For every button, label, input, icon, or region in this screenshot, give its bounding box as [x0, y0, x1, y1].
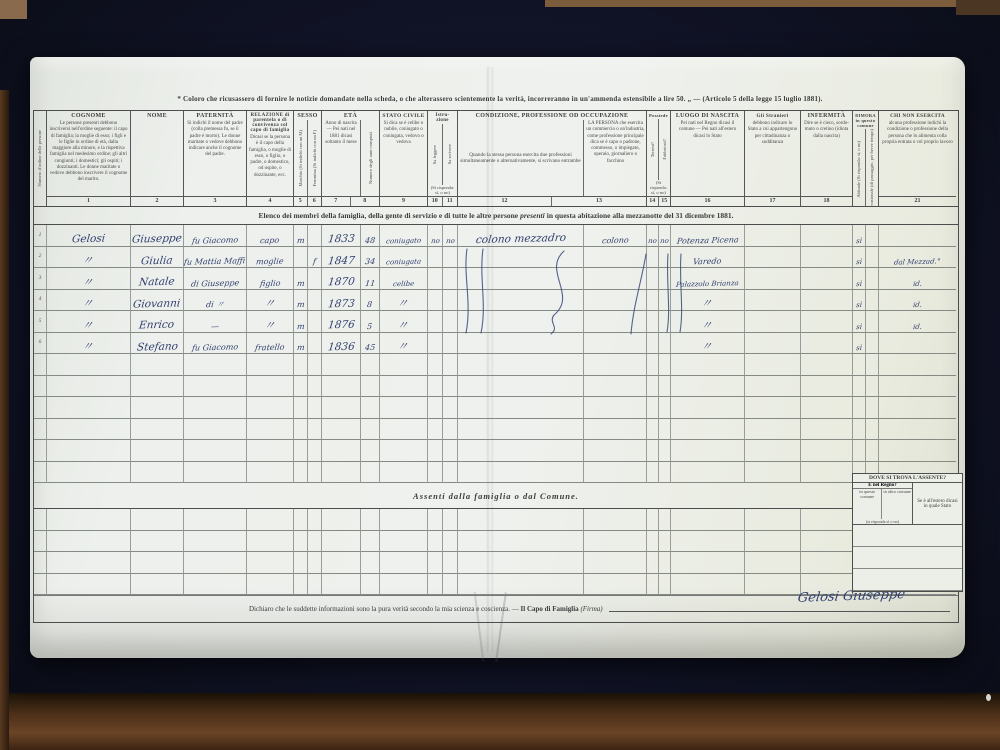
cell: [879, 397, 956, 419]
cell-sesso-f: f: [308, 247, 322, 269]
cell: [584, 376, 647, 398]
cell: [131, 440, 184, 462]
cell: [184, 440, 247, 462]
cell: [801, 462, 853, 484]
cell-leggere: [428, 247, 443, 269]
col-stranieri-header: Gli Stranieri debbono indicare lo Stato …: [745, 111, 801, 206]
cell: [131, 354, 184, 376]
cell: [853, 354, 866, 376]
cell: [745, 397, 801, 419]
cell-sesso-f: [308, 268, 322, 290]
col-eta-header: ETÀ Anno di nascita — Pei nati nel 1881 …: [322, 111, 380, 206]
table-row: 1 Gelosi Giuseppe fu Giacomo capo m 1833…: [34, 225, 958, 247]
cell: [659, 397, 671, 419]
census-table: Numero d'ordine delle persone COGNOME Le…: [33, 110, 959, 623]
cell-abituale: sì: [853, 290, 866, 312]
cell-stranieri: [745, 268, 801, 290]
cell: [428, 509, 443, 531]
cell: [34, 552, 47, 574]
cell-condizione: [458, 311, 584, 333]
table-row: 2 〃 Giulia fu Mattia Maffi moglie f 1847…: [34, 247, 958, 269]
cell-occasionale: [866, 225, 879, 247]
census-sheet: * Coloro che ricusassero di fornire le n…: [30, 57, 965, 658]
cell: [801, 354, 853, 376]
cell-anni: 11: [361, 268, 380, 290]
cell: [853, 397, 866, 419]
cell: [443, 552, 458, 574]
cell-luogo: Palazzolo Brianza: [671, 268, 745, 290]
cell: [47, 531, 131, 553]
empty-table-row: [34, 531, 958, 553]
cell-anni: 48: [361, 225, 380, 247]
cell: [745, 531, 801, 553]
cell-leggere: [428, 333, 443, 355]
cell-occasionale: [866, 311, 879, 333]
col-cognome-header: COGNOME Le persone presenti debbono insc…: [47, 111, 131, 206]
cell: [47, 354, 131, 376]
cell-fabbricati: [659, 247, 671, 269]
cell: [671, 419, 745, 441]
cell-relazione: 〃: [247, 311, 294, 333]
cell: [659, 354, 671, 376]
cell: [853, 440, 866, 462]
cell: [380, 531, 428, 553]
cell: [659, 419, 671, 441]
cell: [659, 376, 671, 398]
cell-sesso-m: m: [294, 311, 308, 333]
cell: [659, 552, 671, 574]
cell: [428, 574, 443, 596]
cell: [34, 531, 47, 553]
col-nome-header: NOME 2: [131, 111, 184, 206]
cell: [294, 397, 308, 419]
cell: [47, 509, 131, 531]
cell-cognome: Gelosi: [47, 225, 131, 247]
cell: [247, 574, 294, 596]
cell: [801, 440, 853, 462]
cell: [801, 509, 853, 531]
cell: [308, 531, 322, 553]
cell-terreni: [647, 290, 659, 312]
table-row: 3 〃 Natale di Giuseppe figlio m 1870 11 …: [34, 268, 958, 290]
cell: [659, 462, 671, 484]
cell-stranieri: [745, 333, 801, 355]
cell: [131, 462, 184, 484]
cell-nome: Stefano: [131, 333, 184, 355]
cell-occasionale: [866, 247, 879, 269]
cell: [34, 397, 47, 419]
cell: [322, 440, 361, 462]
sesso-f-label: Femmina (Si indichi con un F): [312, 130, 317, 187]
cell-paternita: di Giuseppe: [184, 268, 247, 290]
empty-rows: [34, 354, 958, 483]
cell-anno: 1870: [322, 268, 361, 290]
cell: [47, 552, 131, 574]
cell-occasionale: [866, 290, 879, 312]
wood-table-edge: [0, 693, 1000, 750]
cell: [294, 354, 308, 376]
cell: [361, 509, 380, 531]
cell: [647, 462, 659, 484]
cell: [671, 552, 745, 574]
cell: [745, 552, 801, 574]
empty-table-row: [34, 552, 958, 574]
cell: [247, 376, 294, 398]
cell: [879, 354, 956, 376]
cell: [308, 462, 322, 484]
cell-relazione: moglie: [247, 247, 294, 269]
cell-persona: [584, 290, 647, 312]
cell: [361, 440, 380, 462]
cell: [671, 354, 745, 376]
cell: [745, 419, 801, 441]
cell: [647, 419, 659, 441]
cell: [443, 376, 458, 398]
cell: [443, 574, 458, 596]
dimora-occasionale-label: Occasionale (di passaggio, per breve tem…: [869, 129, 874, 206]
shelf-edge-top: [545, 0, 1000, 7]
cell: [866, 440, 879, 462]
cell-paternita: fu Mattia Maffi: [184, 247, 247, 269]
cell: [308, 552, 322, 574]
altro-comune-label: in altro comune: [882, 489, 911, 519]
cell: [294, 419, 308, 441]
cell: [47, 440, 131, 462]
cell-numero: 3: [34, 268, 47, 290]
cell: [322, 552, 361, 574]
col-condizione-header: CONDIZIONE, PROFESSIONE OD OCCUPAZIONE Q…: [458, 111, 647, 206]
cell: [380, 462, 428, 484]
cell-fabbricati: no: [659, 225, 671, 247]
empty-table-row: [34, 419, 958, 441]
cell-scrivere: [443, 311, 458, 333]
cell: [361, 462, 380, 484]
cell: [584, 440, 647, 462]
cell: [380, 397, 428, 419]
cell: [131, 376, 184, 398]
cell-paternita: fu Giacomo: [184, 225, 247, 247]
shelf-corner-right: [956, 0, 1000, 15]
estero-label: Se è all'estero dicasi in quale Stato: [913, 483, 962, 524]
cell-relazione: fratello: [247, 333, 294, 355]
cell-abituale: sì: [853, 268, 866, 290]
absent-empty-row: [853, 525, 962, 547]
cell: [322, 354, 361, 376]
cell: [184, 574, 247, 596]
cell: [184, 509, 247, 531]
col-chi-non-esercita-header: CHI NON ESERCITA alcuna professione indi…: [879, 111, 956, 206]
cell: [584, 509, 647, 531]
fabbricati-label: Fabbricati?: [662, 139, 667, 160]
col-istruzione-header: Istru- zione Sa leggere Sa scrivere (Si …: [428, 111, 458, 206]
cell: [184, 397, 247, 419]
cell: [428, 531, 443, 553]
cell: [247, 552, 294, 574]
cell-abituale: sì: [853, 225, 866, 247]
cell-stato: 〃: [380, 290, 428, 312]
cell: [184, 531, 247, 553]
cell: [322, 397, 361, 419]
cell: [584, 354, 647, 376]
cell: [184, 462, 247, 484]
cell: [458, 531, 584, 553]
cell-leggere: no: [428, 225, 443, 247]
cell-terreni: [647, 333, 659, 355]
cell-persona: [584, 311, 647, 333]
cell-stato: 〃: [380, 311, 428, 333]
cell: [34, 574, 47, 596]
cell: [443, 397, 458, 419]
cell: [866, 376, 879, 398]
cell: [584, 574, 647, 596]
cell: [361, 376, 380, 398]
cell: [647, 440, 659, 462]
col-dimora-header: DIMORA in questo comune Abituale (Si ris…: [853, 111, 879, 206]
cell-cognome: 〃: [47, 290, 131, 312]
cell: [308, 419, 322, 441]
cell-terreni: no: [647, 225, 659, 247]
cell: [308, 440, 322, 462]
cell: [131, 552, 184, 574]
cell-leggere: [428, 268, 443, 290]
cell: [308, 354, 322, 376]
cell: [866, 419, 879, 441]
cell: [647, 531, 659, 553]
cell-persona: [584, 333, 647, 355]
cell: [458, 397, 584, 419]
empty-table-row: [34, 440, 958, 462]
cell-anno: 1836: [322, 333, 361, 355]
cell-luogo: 〃: [671, 311, 745, 333]
cell-stranieri: [745, 311, 801, 333]
cell: [745, 354, 801, 376]
cell: [647, 376, 659, 398]
cell: [443, 509, 458, 531]
cell: [47, 419, 131, 441]
cell-anni: 8: [361, 290, 380, 312]
cell-cognome: 〃: [47, 247, 131, 269]
col-luogo-nascita-header: LUOGO DI NASCITA Pei nati nel Regno dica…: [671, 111, 745, 206]
cell-luogo: 〃: [671, 290, 745, 312]
cell-nome: Giulia: [131, 247, 184, 269]
cell: [853, 419, 866, 441]
cell: [659, 531, 671, 553]
cell: [647, 509, 659, 531]
cell: [879, 440, 956, 462]
cell: [659, 440, 671, 462]
cell-sesso-m: m: [294, 268, 308, 290]
cell-condizione: [458, 333, 584, 355]
empty-table-row: [34, 397, 958, 419]
cell-chi: [879, 225, 956, 247]
absent-empty-row: [853, 547, 962, 569]
cell: [879, 419, 956, 441]
cell: [584, 397, 647, 419]
eta-anni-label: Numero degli anni compiuti: [368, 132, 373, 184]
cell: [428, 354, 443, 376]
cell-scrivere: [443, 333, 458, 355]
cell-luogo: 〃: [671, 333, 745, 355]
cell: [361, 552, 380, 574]
cell-condizione: [458, 290, 584, 312]
cell: [34, 419, 47, 441]
col-possiede-header: Possiede Terreni? Fabbricati? (Si rispon…: [647, 111, 671, 206]
sa-scrivere-label: Sa scrivere: [447, 144, 452, 164]
cell: [745, 462, 801, 484]
cell: [247, 354, 294, 376]
cell: [294, 552, 308, 574]
cell-sesso-m: m: [294, 225, 308, 247]
cell: [458, 376, 584, 398]
cell: [322, 376, 361, 398]
cell: [308, 509, 322, 531]
cell: [294, 531, 308, 553]
cell: [294, 376, 308, 398]
cell: [866, 354, 879, 376]
cell: [34, 509, 47, 531]
cell-stato: 〃: [380, 333, 428, 355]
wood-table-left-edge: [0, 90, 9, 750]
cell-leggere: [428, 290, 443, 312]
cell-sesso-m: m: [294, 290, 308, 312]
cell-numero: 5: [34, 311, 47, 333]
cell: [361, 574, 380, 596]
sesso-m-label: Maschio (Si indichi con un M): [298, 130, 303, 187]
cell-anni: 45: [361, 333, 380, 355]
cell-anni: 5: [361, 311, 380, 333]
cell-cognome: 〃: [47, 311, 131, 333]
cell-chi: id.: [879, 311, 956, 333]
cell: [745, 440, 801, 462]
cell-terreni: [647, 247, 659, 269]
cell: [47, 397, 131, 419]
col-numero-header: Numero d'ordine delle persone: [34, 111, 47, 206]
cell: [671, 531, 745, 553]
table-row: 6 〃 Stefano fu Giacomo fratello m 1836 4…: [34, 333, 958, 355]
shelf-corner-left: [0, 0, 27, 19]
cell-scrivere: no: [443, 225, 458, 247]
cell: [131, 419, 184, 441]
cell: [458, 440, 584, 462]
cell: [659, 509, 671, 531]
cell: [308, 397, 322, 419]
cell-luogo: Varedo: [671, 247, 745, 269]
census-photo: { "photo": { "background_color": "#12152…: [0, 0, 1000, 750]
cell: [47, 574, 131, 596]
empty-table-row: [34, 462, 958, 484]
cell-relazione: figlio: [247, 268, 294, 290]
cell-numero: 1: [34, 225, 47, 247]
cell: [428, 552, 443, 574]
cell-infermita: [801, 268, 853, 290]
cell: [801, 397, 853, 419]
cell: [294, 509, 308, 531]
cell: [322, 531, 361, 553]
cell-numero: 2: [34, 247, 47, 269]
cell-anno: 1873: [322, 290, 361, 312]
cell-nome: Giuseppe: [131, 225, 184, 247]
empty-table-row: [34, 354, 958, 376]
cell-condizione: [458, 268, 584, 290]
cell-scrivere: [443, 268, 458, 290]
cell: [34, 462, 47, 484]
cell: [671, 509, 745, 531]
cell: [584, 552, 647, 574]
cell-occasionale: [866, 268, 879, 290]
cell: [184, 376, 247, 398]
cell: [184, 552, 247, 574]
cell: [879, 376, 956, 398]
cell: [380, 509, 428, 531]
cell: [801, 419, 853, 441]
cell: [584, 462, 647, 484]
cell: [247, 509, 294, 531]
cell: [308, 376, 322, 398]
cell-relazione: 〃: [247, 290, 294, 312]
cell-cognome: 〃: [47, 333, 131, 355]
cell: [443, 354, 458, 376]
cell-nome: Giovanni: [131, 290, 184, 312]
cell: [131, 509, 184, 531]
cell: [294, 574, 308, 596]
table-header: Numero d'ordine delle persone COGNOME Le…: [34, 111, 958, 207]
cell-paternita: di 〃: [184, 290, 247, 312]
cell: [380, 354, 428, 376]
present-rows: 1 Gelosi Giuseppe fu Giacomo capo m 1833…: [34, 225, 958, 354]
cell-fabbricati: [659, 290, 671, 312]
cell: [361, 397, 380, 419]
absent-empty-row: [853, 569, 962, 591]
cell-sesso-m: [294, 247, 308, 269]
cell-nome: Enrico: [131, 311, 184, 333]
cell-anno: 1833: [322, 225, 361, 247]
cell: [801, 376, 853, 398]
cell: [671, 440, 745, 462]
cell-infermita: [801, 247, 853, 269]
cell-chi: dal Mezzad.°: [879, 247, 956, 269]
cell-stranieri: [745, 225, 801, 247]
cell-fabbricati: [659, 311, 671, 333]
cell: [131, 574, 184, 596]
cell: [801, 552, 853, 574]
cell-terreni: [647, 311, 659, 333]
cell-stato: coniugata: [380, 247, 428, 269]
cell: [671, 462, 745, 484]
cell-abituale: sì: [853, 247, 866, 269]
cell-sesso-m: m: [294, 333, 308, 355]
cell: [745, 574, 801, 596]
cell-infermita: [801, 225, 853, 247]
cell-anno: 1847: [322, 247, 361, 269]
cell: [294, 440, 308, 462]
cell: [866, 397, 879, 419]
cell: [247, 462, 294, 484]
cell: [34, 376, 47, 398]
cell: [428, 419, 443, 441]
cell-paternita: fu Giacomo: [184, 333, 247, 355]
cell-paternita: —: [184, 311, 247, 333]
cell: [34, 440, 47, 462]
cell: [361, 531, 380, 553]
condizione-desc: Quando la stessa persona esercita due pr…: [458, 151, 583, 166]
cell-scrivere: [443, 290, 458, 312]
cell: [380, 419, 428, 441]
cell-condizione: colono mezzadro: [458, 225, 584, 247]
table-row: 5 〃 Enrico — 〃 m 1876 5 〃 〃 sì: [34, 311, 958, 333]
cell: [745, 376, 801, 398]
cell-relazione: capo: [247, 225, 294, 247]
cell: [428, 440, 443, 462]
